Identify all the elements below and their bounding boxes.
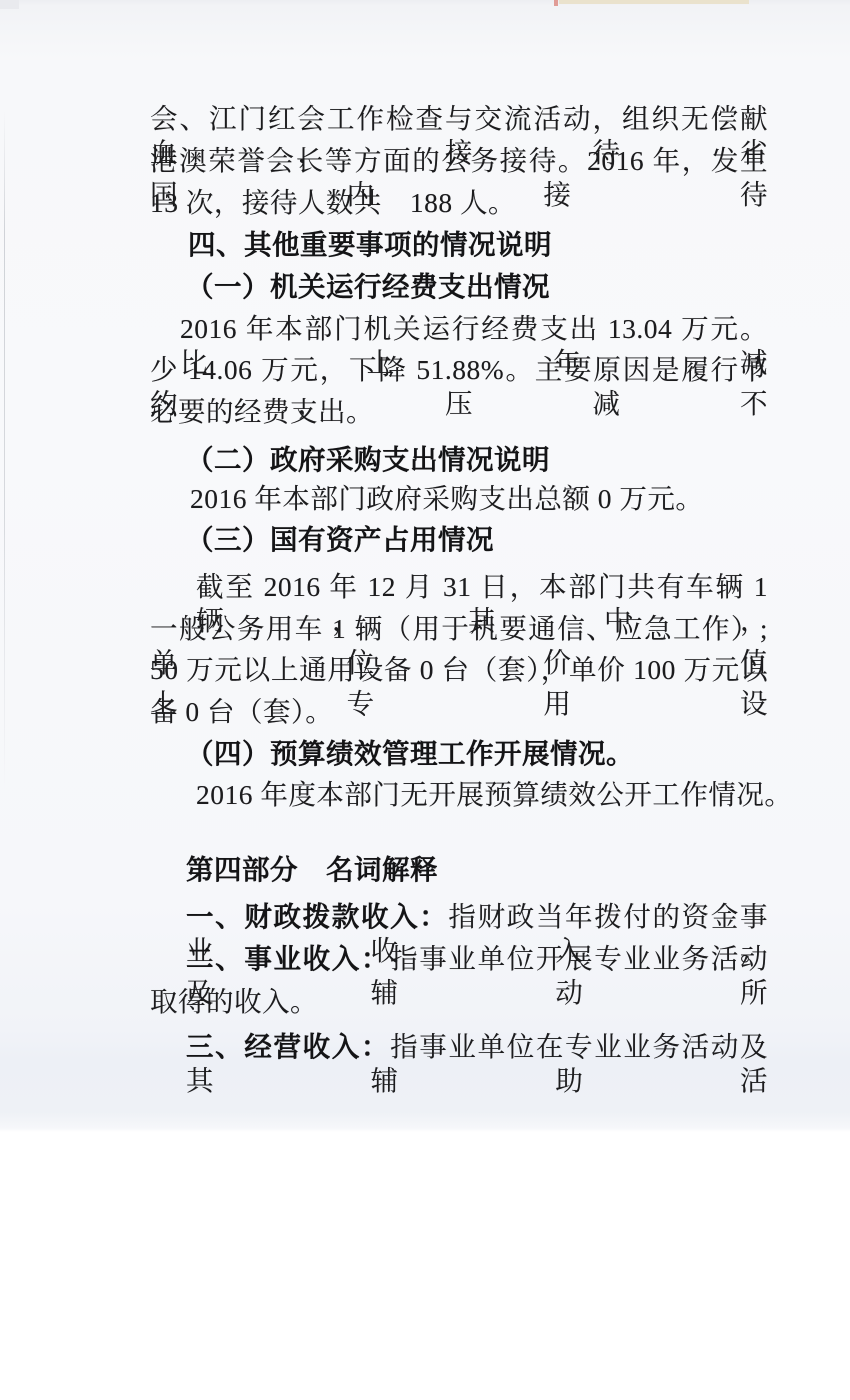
line-text: 2016 年度本部门无开展预算绩效公开工作情况。 bbox=[196, 779, 792, 810]
doc-line: 备 0 台（套）。 bbox=[150, 695, 768, 729]
line-text: 13 次，接待人数共 188 人。 bbox=[150, 187, 516, 218]
doc-term-definition: 三、经营收入：指事业单位在专业业务活动及其辅助活 bbox=[150, 1030, 768, 1098]
doc-line: 2016 年本部门政府采购支出总额 0 万元。 bbox=[150, 482, 808, 516]
line-text: 2016 年本部门政府采购支出总额 0 万元。 bbox=[190, 483, 703, 514]
doc-heading-sub-2: （二）政府采购支出情况说明 bbox=[150, 443, 804, 477]
doc-line: 13 次，接待人数共 188 人。 bbox=[150, 186, 768, 220]
term-label: 二、事业收入： bbox=[186, 943, 390, 974]
term-label: 一、财政拨款收入： bbox=[186, 901, 448, 932]
doc-heading-sub-1: （一）机关运行经费支出情况 bbox=[150, 270, 804, 304]
line-bold: （三）国有资产占用情况 bbox=[186, 524, 494, 555]
doc-line: 取得的收入。 bbox=[150, 985, 768, 1019]
doc-heading-sub-4: （四）预算绩效管理工作开展情况。 bbox=[150, 737, 804, 771]
page-edge-crease bbox=[4, 110, 5, 790]
doc-heading-part-4: 第四部分 名词解释 bbox=[150, 853, 804, 887]
line-text: 备 0 台（套）。 bbox=[150, 696, 333, 727]
line-bold: （四）预算绩效管理工作开展情况。 bbox=[186, 738, 634, 769]
scanned-page: 会、江门红会工作检查与交流活动，组织无偿献血，接待省 港澳荣誉会长等方面的公务接… bbox=[0, 0, 850, 1132]
line-text: 必要的经费支出。 bbox=[150, 396, 374, 427]
scan-artifact-corner bbox=[0, 0, 19, 9]
line-text: 取得的收入。 bbox=[150, 986, 318, 1017]
line-bold: （二）政府采购支出情况说明 bbox=[186, 444, 550, 475]
document-text-block: 会、江门红会工作检查与交流活动，组织无偿献血，接待省 港澳荣誉会长等方面的公务接… bbox=[150, 0, 768, 1132]
doc-line: 2016 年度本部门无开展预算绩效公开工作情况。 bbox=[150, 778, 814, 812]
doc-heading-section-4: 四、其他重要事项的情况说明 bbox=[150, 228, 806, 262]
term-label: 三、经营收入： bbox=[186, 1031, 390, 1062]
line-bold: 四、其他重要事项的情况说明 bbox=[188, 229, 552, 260]
line-bold: 第四部分 名词解释 bbox=[186, 854, 438, 885]
doc-heading-sub-3: （三）国有资产占用情况 bbox=[150, 523, 804, 557]
doc-line: 必要的经费支出。 bbox=[150, 395, 768, 429]
line-bold: （一）机关运行经费支出情况 bbox=[186, 271, 550, 302]
